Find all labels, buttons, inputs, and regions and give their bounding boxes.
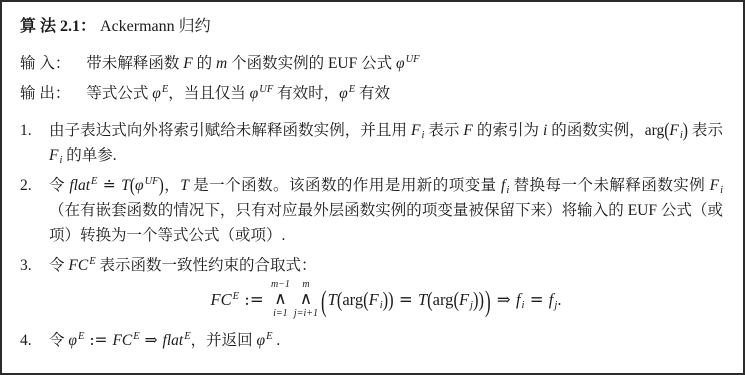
input-line: 输 入： 带未解释函数 F 的 m 个函数实例的 EUF 公式 φUF bbox=[20, 49, 723, 79]
step-2: 2. 令 flatE ≐ T(φUF)，T 是一个函数。该函数的作用是用新的项变… bbox=[20, 173, 723, 248]
formula-rhs: (T(arg(Fi)) = T(arg(Fj))) ⇒ fi = fj. bbox=[320, 290, 561, 309]
n-ary-and-operator-1: m−1∧i=1 bbox=[271, 280, 290, 319]
step-3-intro: 令 FCE 表示函数一致性约束的合取式： bbox=[49, 257, 317, 274]
wedge2-and-icon: ∧ bbox=[300, 290, 312, 309]
wedge1-lower-limit: i=1 bbox=[273, 309, 288, 319]
step-4: 4. 令 φE := FCE ⇒ flatE，并返回 φE . bbox=[20, 328, 723, 353]
input-label: 输 入： bbox=[20, 49, 70, 79]
algorithm-title: Ackermann 归约 bbox=[100, 18, 211, 35]
step-3-number: 3. bbox=[20, 253, 49, 323]
algorithm-header: 算 法 2.1： Ackermann 归约 bbox=[20, 13, 723, 40]
output-line: 输 出： 等式公式 φE，当且仅当 φUF 有效时，φE 有效 bbox=[20, 79, 723, 109]
step-list: 1. 由子表达式向外将索引赋给未解释函数实例，并且用 Fi 表示 F 的索引为 … bbox=[20, 118, 723, 353]
step-1-number: 1. bbox=[20, 118, 49, 168]
input-description: 带未解释函数 F 的 m 个函数实例的 EUF 公式 φUF bbox=[86, 49, 723, 79]
step-2-number: 2. bbox=[20, 173, 49, 248]
step-1: 1. 由子表达式向外将索引赋给未解释函数实例，并且用 Fi 表示 F 的索引为 … bbox=[20, 118, 723, 168]
formula-lhs: FCE := bbox=[211, 290, 269, 309]
step-3: 3. 令 FCE 表示函数一致性约束的合取式： FCE := m−1∧i=1m∧… bbox=[20, 253, 723, 323]
wedge2-lower-limit: j=i+1 bbox=[294, 309, 318, 319]
function-consistency-formula: FCE := m−1∧i=1m∧j=i+1(T(arg(Fi)) = T(arg… bbox=[49, 280, 723, 323]
output-description: 等式公式 φE，当且仅当 φUF 有效时，φE 有效 bbox=[86, 79, 723, 109]
algorithm-number-label: 算 法 2.1： bbox=[20, 18, 96, 35]
step-1-text: 由子表达式向外将索引赋给未解释函数实例，并且用 Fi 表示 F 的索引为 i 的… bbox=[49, 118, 723, 168]
wedge1-and-icon: ∧ bbox=[274, 290, 286, 309]
step-3-text: 令 FCE 表示函数一致性约束的合取式： FCE := m−1∧i=1m∧j=i… bbox=[49, 253, 723, 323]
output-label: 输 出： bbox=[20, 79, 70, 109]
step-4-number: 4. bbox=[20, 328, 49, 353]
n-ary-and-operator-2: m∧j=i+1 bbox=[294, 280, 318, 319]
step-4-text: 令 φE := FCE ⇒ flatE，并返回 φE . bbox=[49, 328, 723, 353]
algorithm-box: 算 法 2.1： Ackermann 归约 输 入： 带未解释函数 F 的 m … bbox=[0, 0, 745, 375]
step-2-text: 令 flatE ≐ T(φUF)，T 是一个函数。该函数的作用是用新的项变量 f… bbox=[49, 173, 723, 248]
